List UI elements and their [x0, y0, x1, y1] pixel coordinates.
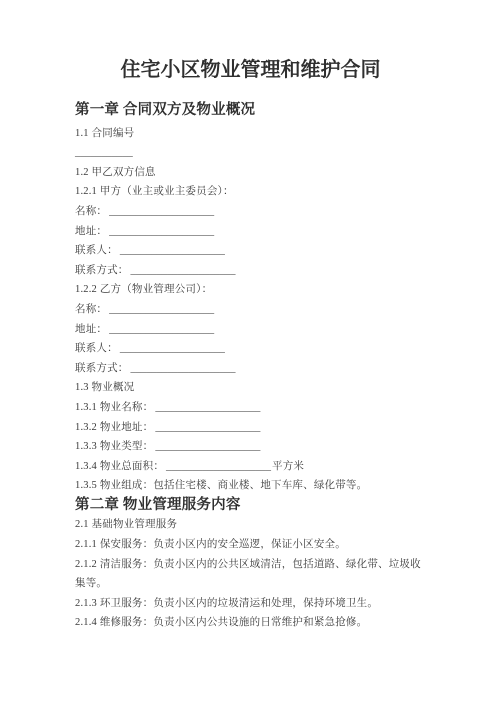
- area-unit-label: 平方米: [272, 461, 304, 472]
- party-b-name-row: 名称：____________________: [75, 300, 426, 320]
- party-a-phone-row: 联系方式：____________________: [75, 261, 426, 281]
- blank-field: ____________________: [109, 206, 214, 217]
- service-item-sanitation: 2.1.3 环卫服务：负责小区内的垃圾清运和处理，保持环境卫生。: [75, 594, 426, 614]
- field-label: 名称：: [75, 304, 107, 315]
- field-label: 联系方式：: [75, 363, 129, 374]
- party-b-phone-row: 联系方式：____________________: [75, 359, 426, 379]
- property-overview-heading: 1.3 物业概况: [75, 378, 426, 398]
- party-b-address-row: 地址：____________________: [75, 320, 426, 340]
- blank-field: ____________________: [109, 324, 214, 335]
- property-address-row: 1.3.2 物业地址：____________________: [75, 418, 426, 438]
- party-a-address-row: 地址：____________________: [75, 222, 426, 242]
- blank-field: ____________________: [155, 441, 260, 452]
- blank-field: ____________________: [109, 304, 214, 315]
- chapter1-heading: 第一章 合同双方及物业概况: [75, 101, 426, 121]
- party-b-heading: 1.2.2 乙方（物业管理公司）：: [75, 280, 426, 300]
- contract-number-blank-row: ___________: [75, 143, 426, 163]
- field-label: 名称：: [75, 206, 107, 217]
- service-item-cleaning: 2.1.2 清洁服务：负责小区内的公共区域清洁，包括道路、绿化带、垃圾收集等。: [75, 555, 426, 594]
- field-label: 地址：: [75, 226, 107, 237]
- blank-field: ____________________: [155, 402, 260, 413]
- service-item-maintenance: 2.1.4 维修服务：负责小区内公共设施的日常维护和紧急抢修。: [75, 613, 426, 633]
- party-b-contact-row: 联系人：____________________: [75, 339, 426, 359]
- property-name-row: 1.3.1 物业名称：____________________: [75, 398, 426, 418]
- field-label: 联系人：: [75, 343, 118, 354]
- chapter2-heading: 第二章 物业管理服务内容: [75, 496, 426, 516]
- property-type-row: 1.3.3 物业类型：____________________: [75, 437, 426, 457]
- basic-services-heading: 2.1 基础物业管理服务: [75, 515, 426, 535]
- clause-parties-info: 1.2 甲乙双方信息: [75, 163, 426, 183]
- clause-contract-number: 1.1 合同编号: [75, 124, 426, 144]
- field-label: 联系方式：: [75, 265, 129, 276]
- contract-document-page: 住宅小区物业管理和维护合同 第一章 合同双方及物业概况 1.1 合同编号 ___…: [0, 0, 500, 707]
- party-a-name-row: 名称：____________________: [75, 202, 426, 222]
- blank-field: ____________________: [131, 265, 236, 276]
- blank-field: ____________________: [120, 343, 225, 354]
- party-a-heading: 1.2.1 甲方（业主或业主委员会）：: [75, 182, 426, 202]
- blank-field: ____________________: [131, 363, 236, 374]
- service-item-security: 2.1.1 保安服务：负责小区内的安全巡逻，保证小区安全。: [75, 535, 426, 555]
- field-label: 1.3.4 物业总面积：: [75, 461, 164, 472]
- field-label: 地址：: [75, 324, 107, 335]
- blank-field: ____________________: [109, 226, 214, 237]
- property-composition-row: 1.3.5 物业组成：包括住宅楼、商业楼、地下车库、绿化带等。: [75, 476, 426, 496]
- field-label: 1.3.1 物业名称：: [75, 402, 153, 413]
- field-label: 联系人：: [75, 245, 118, 256]
- field-label: 1.3.2 物业地址：: [75, 422, 153, 433]
- doc-title: 住宅小区物业管理和维护合同: [75, 57, 426, 83]
- blank-field: ____________________: [155, 422, 260, 433]
- party-a-contact-row: 联系人：____________________: [75, 241, 426, 261]
- blank-field: ____________________: [166, 461, 271, 472]
- property-area-row: 1.3.4 物业总面积：____________________平方米: [75, 457, 426, 477]
- blank-field: ____________________: [120, 245, 225, 256]
- blank-field: ___________: [75, 147, 133, 158]
- field-label: 1.3.3 物业类型：: [75, 441, 153, 452]
